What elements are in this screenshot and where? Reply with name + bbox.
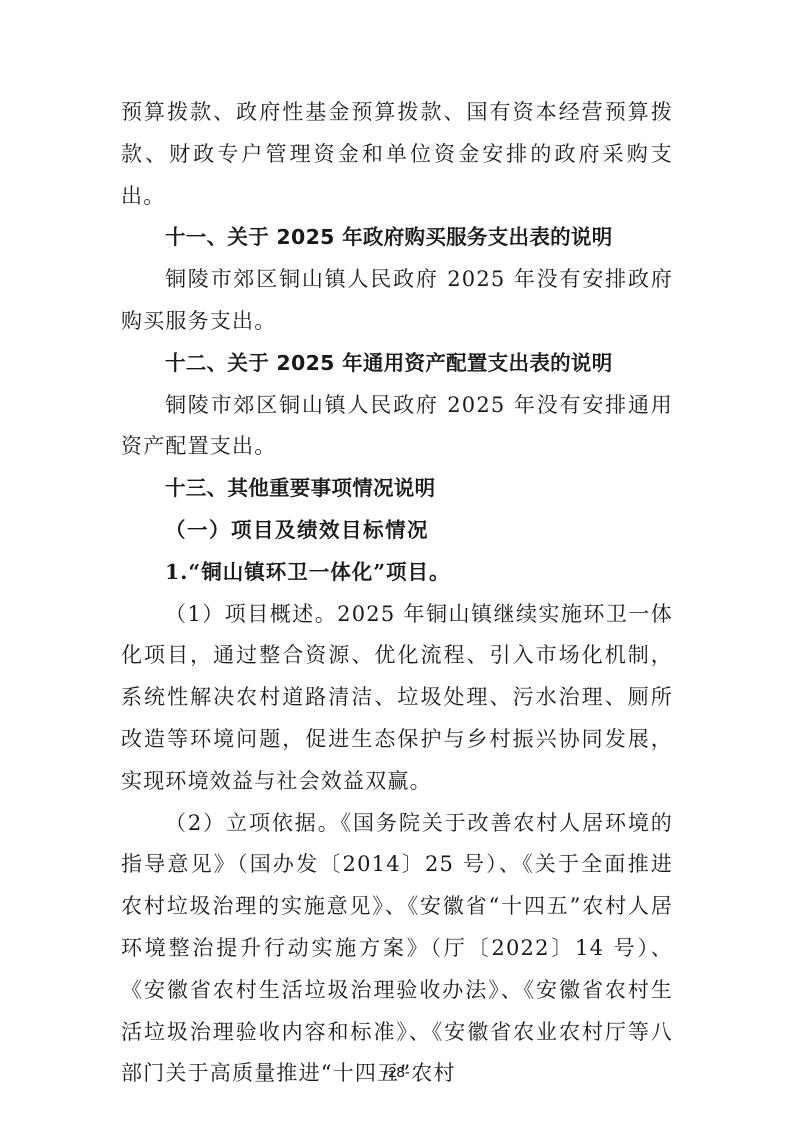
body-paragraph-asset-config: 铜陵市郊区铜山镇人民政府 2025 年没有安排通用资产配置支出。 — [121, 385, 673, 469]
body-paragraph-service-purchase: 铜陵市郊区铜山镇人民政府 2025 年没有安排政府购买服务支出。 — [121, 259, 673, 343]
section-heading-13: 十三、其他重要事项情况说明 — [121, 468, 673, 510]
document-page: 预算拨款、政府性基金预算拨款、国有资本经营预算拨款、财政专户管理资金和单位资金安… — [121, 92, 673, 1095]
section-heading-11: 十一、关于 2025 年政府购买服务支出表的说明 — [121, 217, 673, 259]
page-number: -28- — [0, 1064, 793, 1081]
body-paragraph-project-overview: （1）项目概述。2025 年铜山镇继续实施环卫一体化项目，通过整合资源、优化流程… — [121, 594, 673, 803]
body-paragraph-project-basis: （2）立项依据。《国务院关于改善农村人居环境的指导意见》（国办发〔2014〕25… — [121, 803, 673, 1096]
section-heading-12: 十二、关于 2025 年通用资产配置支出表的说明 — [121, 343, 673, 385]
item-heading-1: 1.“铜山镇环卫一体化”项目。 — [121, 552, 673, 594]
subsection-heading-1: （一）项目及绩效目标情况 — [121, 510, 673, 552]
body-paragraph-procurement: 预算拨款、政府性基金预算拨款、国有资本经营预算拨款、财政专户管理资金和单位资金安… — [121, 92, 673, 217]
